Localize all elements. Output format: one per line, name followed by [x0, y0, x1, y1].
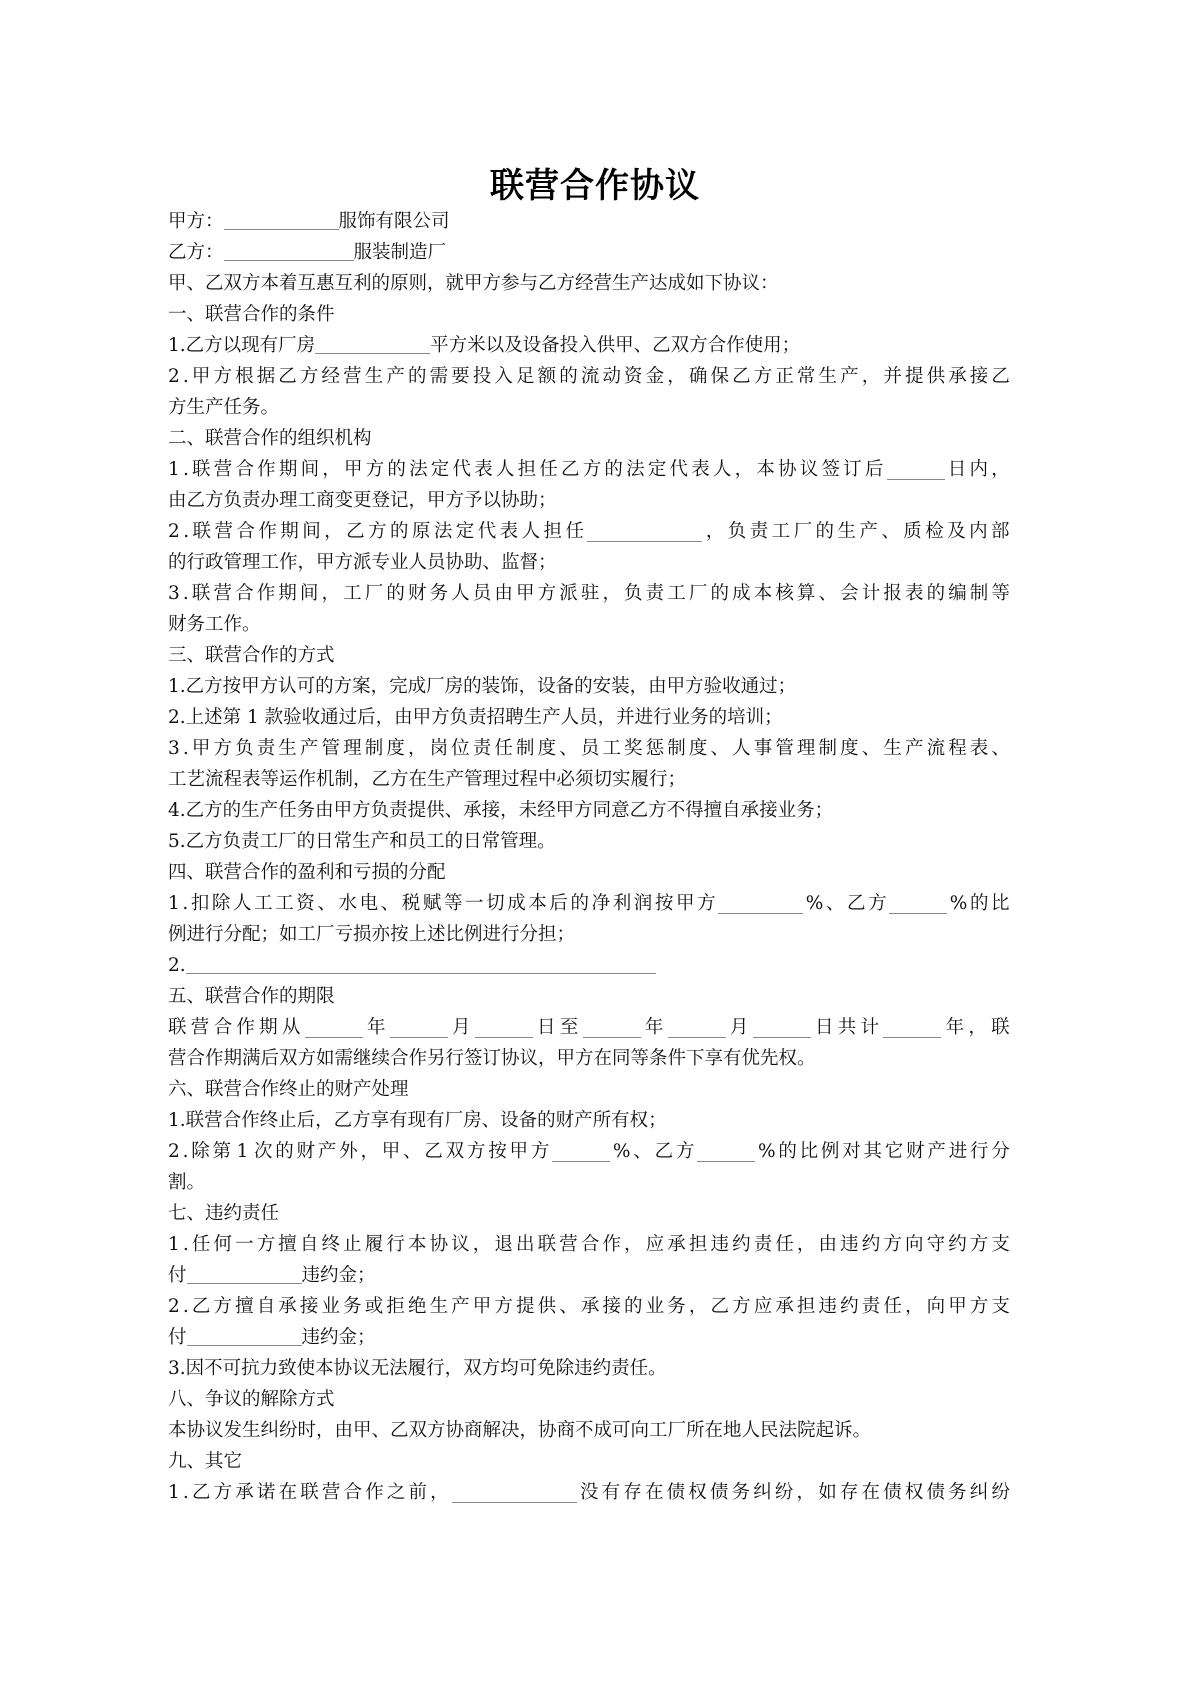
text-char: 间 [300, 578, 319, 609]
text-segment: 五、联营合作的期限 [168, 986, 335, 1007]
text-char: 纷 [775, 1477, 794, 1508]
text-segment: 四、联营合作的盈利和亏损的分配 [168, 862, 446, 883]
text-char: 内 [969, 454, 988, 485]
text-char: 业 [322, 1291, 341, 1322]
text-char: 甲 [192, 733, 211, 764]
text-char: 方 [754, 361, 773, 392]
text-char: 厂 [365, 578, 384, 609]
text-char: 存 [623, 1477, 642, 1508]
text-char: ， [624, 1229, 643, 1260]
text-char: 后 [865, 454, 884, 485]
text-char: 月 [452, 1012, 471, 1043]
text-char: 法 [626, 454, 645, 485]
text-char: 方 [970, 1229, 989, 1260]
text-char: 产 [840, 361, 859, 392]
text-line: 2.上述第 1 款验收通过后，由甲方负责招聘生产人员，并进行业务的培训； [168, 702, 1010, 733]
text-char: 甲 [516, 578, 535, 609]
text-char: 、 [862, 733, 881, 764]
text-line: 乙方：服装制造厂 [168, 237, 1010, 268]
text-char: 管 [322, 733, 341, 764]
text-char: 期 [279, 454, 298, 485]
text-char: 合 [344, 1477, 363, 1508]
fill-in-blank[interactable] [224, 209, 339, 230]
text-char: 责 [473, 733, 492, 764]
fill-in-blank[interactable] [315, 333, 430, 354]
text-char: 联 [193, 516, 212, 547]
text-char: 员 [581, 733, 600, 764]
text-char: 合 [236, 516, 255, 547]
text-char: . [183, 578, 189, 609]
text-char: 乙 [561, 454, 580, 485]
text-line: 1.联营合作终止后，乙方享有现有厂房、设备的财产所有权； [168, 1105, 1010, 1136]
text-char: 任 [494, 733, 513, 764]
text-char: . [183, 1136, 189, 1167]
text-char: 保 [710, 361, 729, 392]
text-char: 成 [732, 578, 751, 609]
text-char: 违 [710, 1229, 729, 1260]
text-char: 1 [168, 1477, 180, 1508]
text-char: 、 [819, 578, 838, 609]
text-char: 日 [815, 1012, 834, 1043]
text-char: 任 [883, 1291, 902, 1322]
text-char: 进 [949, 1136, 968, 1167]
text-char: 乙 [424, 1136, 443, 1167]
text-char: ， [324, 516, 343, 547]
text-segment: 财务工作。 [168, 614, 261, 635]
text-char: 方 [214, 1477, 233, 1508]
text-char: 理 [343, 733, 362, 764]
text-line: 1.联营合作期间，甲方的法定代表人担任乙方的法定代表人，本协议签订后日内， [168, 454, 1010, 485]
text-char: 退 [494, 1229, 513, 1260]
text-char: 检 [925, 516, 944, 547]
text-char: 约 [840, 1291, 859, 1322]
text-char: 作 [365, 1477, 384, 1508]
text-char: 负 [728, 516, 747, 547]
text-char: 承 [667, 1229, 686, 1260]
text-char: 合 [581, 1229, 600, 1260]
text-char: 议 [451, 1229, 470, 1260]
text-line: 九、其它 [168, 1446, 1010, 1477]
text-char: 乙 [192, 1477, 211, 1508]
text-char: 人 [233, 888, 252, 919]
text-char: 权 [905, 1477, 924, 1508]
fill-in-blank[interactable] [753, 1017, 811, 1038]
text-line: 工艺流程表等运作机制，乙方在生产管理过程中必须切实履行； [168, 764, 1010, 795]
text-char: 方 [213, 733, 232, 764]
text-line: 付违约金； [168, 1260, 1010, 1291]
text-char: 定 [648, 454, 667, 485]
text-char: 润 [634, 888, 653, 919]
text-line: 联营合作期从年月日至年月日共计年，联 [168, 1012, 1010, 1043]
text-line: 2.除第 1 次的财产外，甲、乙双方按甲方%、乙方%的比例对其它财产进行分 [168, 1136, 1010, 1167]
text-char: 方 [494, 1291, 513, 1322]
text-char: 拒 [386, 1291, 405, 1322]
text-segment: 5.乙方负责工厂的日常生产和员工的日常管理。 [168, 831, 556, 852]
text-char: 履 [365, 1229, 384, 1260]
text-char: 产 [927, 1136, 946, 1167]
text-char: 的 [816, 516, 835, 547]
text-segment: 三、联营合作的方式 [168, 645, 335, 666]
text-char: 、 [991, 733, 1010, 764]
text-char: 债 [883, 1477, 902, 1508]
text-char: 接 [970, 361, 989, 392]
text-segment: 2. [168, 955, 186, 976]
text-char: 利 [613, 888, 632, 919]
text-char: 制 [819, 733, 838, 764]
text-char: 工 [772, 516, 791, 547]
text-segment: 的行政管理工作，甲方派专业人员协助、监督； [168, 552, 557, 573]
text-char: 确 [689, 361, 708, 392]
text-segment: 由乙方负责办理工商变更登记，甲方予以协助； [168, 490, 557, 511]
text-char: 入 [494, 361, 513, 392]
fill-in-blank[interactable] [583, 1017, 641, 1038]
text-char: 税 [402, 888, 421, 919]
text-char: . [183, 733, 189, 764]
text-char: ， [862, 361, 881, 392]
text-char: 方 [538, 578, 557, 609]
text-char: ， [797, 1477, 816, 1508]
text-char: ， [991, 454, 1010, 485]
text-char: 按 [655, 888, 674, 919]
text-char: 承 [948, 361, 967, 392]
text-line: 1.乙方以现有厂房平方米以及设备投入供甲、乙双方合作使用； [168, 330, 1010, 361]
text-char: 至 [560, 1012, 579, 1043]
text-char: ， [797, 1229, 816, 1260]
text-char: 自 [300, 1229, 319, 1260]
text-line: 2.乙方擅自承接业务或拒绝生产甲方提供、承接的业务，乙方应承担违约责任，向甲方支 [168, 1291, 1010, 1322]
text-char: 本 [754, 578, 773, 609]
text-char: 工 [275, 888, 294, 919]
text-line: 本协议发生纠纷时，由甲、乙双方协商解决，协商不成可向工厂所在地人民法院起诉。 [168, 1415, 1010, 1446]
text-line: 3.因不可抗力致使本协议无法履行，双方均可免除违约责任。 [168, 1353, 1010, 1384]
text-char: 制 [970, 578, 989, 609]
text-char: 员 [473, 578, 492, 609]
text-char: 债 [667, 1477, 686, 1508]
text-char: 的 [624, 1291, 643, 1322]
text-char: 第 [213, 1136, 232, 1167]
text-char: 承 [235, 1477, 254, 1508]
text-char: 、 [710, 733, 729, 764]
text-char: 方 [368, 516, 387, 547]
text-char: 自 [257, 1291, 276, 1322]
text-char: 的 [387, 454, 406, 485]
text-char: 方 [531, 1136, 550, 1167]
text-char: 代 [670, 454, 689, 485]
text-char: 或 [365, 1291, 384, 1322]
text-char: 作 [257, 454, 276, 485]
fill-in-blank[interactable] [587, 521, 702, 542]
text-char: 本 [756, 454, 775, 485]
text-char: 甲 [344, 454, 363, 485]
text-char: % [950, 888, 968, 919]
text-line: 甲方：服饰有限公司 [168, 206, 1010, 237]
text-segment: 平方米以及设备投入供甲、乙双方合作使用； [430, 335, 800, 356]
text-char: 方 [697, 888, 716, 919]
text-char: 债 [926, 1477, 945, 1508]
text-char: 合 [235, 578, 254, 609]
text-segment: 服饰有限公司 [339, 211, 450, 232]
text-char: 联 [192, 454, 211, 485]
text-char: 协 [430, 1229, 449, 1260]
fill-in-blank[interactable] [452, 1482, 577, 1503]
text-char: 由 [494, 578, 513, 609]
text-char: 派 [559, 578, 578, 609]
text-char: 的 [571, 888, 590, 919]
text-char: % [758, 1136, 776, 1167]
fill-in-blank[interactable] [883, 1017, 941, 1038]
text-char: 3 [168, 733, 180, 764]
text-line: 四、联营合作的盈利和亏损的分配 [168, 857, 1010, 888]
fill-in-blank[interactable] [718, 893, 803, 914]
text-char: 提 [905, 361, 924, 392]
text-segment: 4.乙方的生产任务由甲方负责提供、承接，未经甲方同意乙方不得擅自承接业务； [168, 800, 833, 821]
text-char: 之 [387, 1477, 406, 1508]
text-char: 违 [819, 1291, 838, 1322]
text-char: 绝 [408, 1291, 427, 1322]
text-char: 责 [646, 578, 665, 609]
text-char: 、 [381, 888, 400, 919]
text-char: 任 [565, 516, 584, 547]
text-char: 产 [859, 516, 878, 547]
text-char: 的 [778, 1136, 797, 1167]
text-char: ， [968, 1012, 987, 1043]
text-char: 没 [580, 1477, 599, 1508]
text-char: 甲 [510, 1136, 529, 1167]
text-char: 期 [278, 578, 297, 609]
text-char: 位 [451, 733, 470, 764]
text-char: 方 [300, 361, 319, 392]
text-char: 供 [538, 1291, 557, 1322]
text-char: 乙 [278, 361, 297, 392]
text-char: 任 [775, 1229, 794, 1260]
text-line: 六、联营合作终止的财产处理 [168, 1074, 1010, 1105]
text-segment: 服装制造厂 [354, 242, 447, 263]
text-char: 除 [191, 1136, 210, 1167]
text-char: 联 [300, 1477, 319, 1508]
text-char: 后 [549, 888, 568, 919]
text-segment: 割。 [168, 1172, 205, 1193]
text-char: 务 [732, 1477, 751, 1508]
text-char: 岗 [430, 733, 449, 764]
text-line: 由乙方负责办理工商变更登记，甲方予以协助； [168, 485, 1010, 516]
text-char: 支 [991, 1229, 1010, 1260]
text-line: 3.甲方负责生产管理制度，岗位责任制度、员工奖惩制度、人事管理制度、生产流程表、 [168, 733, 1010, 764]
text-char: 乙 [655, 1136, 674, 1167]
text-char: 法 [409, 454, 428, 485]
text-segment: 例进行分配；如工厂亏损亦按上述比例进行分担； [168, 924, 575, 945]
text-char: 营 [213, 578, 232, 609]
text-char: 乙 [346, 516, 365, 547]
text-char: 、 [881, 516, 900, 547]
text-char: 作 [257, 578, 276, 609]
text-char: 3 [168, 578, 180, 609]
text-char: 方 [257, 1229, 276, 1260]
text-char: 双 [446, 1136, 465, 1167]
text-char: 正 [775, 361, 794, 392]
fill-in-blank[interactable] [187, 1263, 302, 1284]
text-segment: 本协议发生纠纷时，由甲、乙双方协商解决，协商不成可向工厂所在地人民法院起诉。 [168, 1420, 871, 1441]
text-char: 协 [778, 454, 797, 485]
text-char: 的 [408, 361, 427, 392]
text-char: 人 [451, 578, 470, 609]
text-char: 及 [947, 516, 966, 547]
text-char: 、 [317, 888, 336, 919]
text-segment: 1.乙方以现有厂房 [168, 335, 315, 356]
text-char: 营 [214, 516, 233, 547]
text-char: 工 [254, 888, 273, 919]
text-char: 存 [840, 1477, 859, 1508]
text-line: 例进行分配；如工厂亏损亦按上述比例进行分担； [168, 919, 1010, 950]
text-char: ， [667, 361, 686, 392]
text-char: 务 [343, 1291, 362, 1322]
text-char: 、 [559, 1291, 578, 1322]
fill-in-blank[interactable] [475, 1017, 533, 1038]
text-char: 方 [366, 454, 385, 485]
text-char: 要 [451, 361, 470, 392]
text-line: 五、联营合作的期限 [168, 981, 1010, 1012]
fill-in-blank[interactable] [186, 953, 656, 974]
text-char: 人 [713, 454, 732, 485]
text-char: 流 [581, 361, 600, 392]
fill-in-blank[interactable] [187, 1325, 302, 1346]
text-char: 营 [559, 1229, 578, 1260]
text-char: 的 [710, 578, 729, 609]
text-char: 人 [732, 733, 751, 764]
text-char: 比 [800, 1136, 819, 1167]
fill-in-blank[interactable] [887, 459, 945, 480]
text-char: 事 [754, 733, 773, 764]
fill-in-blank[interactable] [889, 893, 947, 914]
text-char: 产 [451, 1291, 470, 1322]
text-char: 编 [948, 578, 967, 609]
text-char: 2 [168, 361, 180, 392]
text-segment: 甲、乙双方本着互惠互利的原则，就甲方参与乙方经营生产达成如下协议： [168, 273, 779, 294]
text-char: 投 [473, 361, 492, 392]
text-char: 生 [278, 733, 297, 764]
text-char: 支 [991, 1291, 1010, 1322]
document-body: 甲方：服饰有限公司乙方：服装制造厂甲、乙双方本着互惠互利的原则，就甲方参与乙方经… [168, 206, 1010, 1508]
text-segment: 九、其它 [168, 1451, 242, 1472]
text-char: 生 [837, 516, 856, 547]
text-segment: 付 [168, 1265, 187, 1286]
fill-in-blank[interactable] [224, 240, 354, 261]
text-char: 月 [730, 1012, 749, 1043]
text-char: 责 [750, 516, 769, 547]
text-segment: 七、违约责任 [168, 1203, 279, 1224]
text-char: 切 [486, 888, 505, 919]
text-char: 等 [991, 578, 1010, 609]
text-char: 原 [412, 516, 431, 547]
text-char: 惩 [646, 733, 665, 764]
text-char: 产 [905, 733, 924, 764]
text-char: ， [430, 1477, 449, 1508]
text-char: 算 [797, 578, 816, 609]
text-segment: 1.乙方按甲方认可的方案，完成厂房的装饰，设备的安装，由甲方验收通过； [168, 676, 796, 697]
text-segment: 2.上述第 1 款验收通过后，由甲方负责招聘生产人员，并进行业务的培训； [168, 707, 783, 728]
text-char: 人 [496, 454, 515, 485]
fill-in-blank[interactable] [552, 1141, 610, 1162]
text-char: 奖 [624, 733, 643, 764]
text-char: 度 [840, 733, 859, 764]
text-char: 年 [946, 1012, 965, 1043]
text-char: 方 [467, 1136, 486, 1167]
text-char: 工 [602, 733, 621, 764]
text-char: ， [706, 516, 725, 547]
text-char: 流 [927, 733, 946, 764]
text-char: 生 [883, 733, 902, 764]
text-char: 擅 [235, 1291, 254, 1322]
text-char: 方 [676, 1136, 695, 1167]
text-segment: 违约金； [302, 1327, 376, 1348]
text-char: 的 [604, 454, 623, 485]
text-char: 计 [862, 578, 881, 609]
fill-in-blank[interactable] [305, 1017, 363, 1038]
text-char: 作 [236, 1012, 255, 1043]
text-char: 乙 [847, 888, 866, 919]
text-char: 务 [667, 1291, 686, 1322]
text-segment: 八、争议的解除方式 [168, 1389, 335, 1410]
text-char: 一 [235, 1229, 254, 1260]
text-char: 代 [478, 516, 497, 547]
text-char: 日 [948, 454, 967, 485]
text-char: 管 [775, 733, 794, 764]
text-char: 代 [452, 454, 471, 485]
text-segment: 一、联营合作的条件 [168, 304, 335, 325]
text-char: 产 [300, 733, 319, 764]
text-char: 纷 [991, 1477, 1010, 1508]
text-char: 等 [444, 888, 463, 919]
text-char: 金 [646, 361, 665, 392]
text-char: 甲 [676, 888, 695, 919]
text-char: 会 [840, 578, 859, 609]
text-segment: 方生产任务。 [168, 397, 279, 418]
text-segment: 付 [168, 1327, 187, 1348]
text-char: 担 [797, 1291, 816, 1322]
fill-in-blank[interactable] [390, 1017, 448, 1038]
text-char: 期 [259, 1012, 278, 1043]
text-char: 营 [214, 454, 233, 485]
text-char: 产 [386, 361, 405, 392]
text-char: 常 [797, 361, 816, 392]
text-char: 财 [906, 1136, 925, 1167]
text-char: 定 [456, 516, 475, 547]
text-char: 2 [168, 1136, 180, 1167]
text-char: 足 [516, 361, 535, 392]
text-char: 责 [862, 1291, 881, 1322]
text-char: 日 [537, 1012, 556, 1043]
text-char: 表 [691, 454, 710, 485]
text-char: 的 [275, 1136, 294, 1167]
text-char: 如 [818, 1477, 837, 1508]
text-char: 诺 [257, 1477, 276, 1508]
text-char: 联 [192, 578, 211, 609]
text-line: 二、联营合作的组织机构 [168, 423, 1010, 454]
text-char: 纠 [970, 1477, 989, 1508]
fill-in-blank[interactable] [668, 1017, 726, 1038]
text-char: 水 [338, 888, 357, 919]
text-char: 年 [367, 1012, 386, 1043]
text-char: 生 [819, 361, 838, 392]
text-char: 额 [538, 361, 557, 392]
text-char: 方 [583, 454, 602, 485]
text-char: 经 [322, 361, 341, 392]
fill-in-blank[interactable] [697, 1141, 755, 1162]
text-char: 止 [343, 1229, 362, 1260]
text-char: . [183, 361, 189, 392]
text-char: . [183, 516, 189, 547]
text-char: 守 [927, 1229, 946, 1260]
text-char: ， [322, 454, 341, 485]
